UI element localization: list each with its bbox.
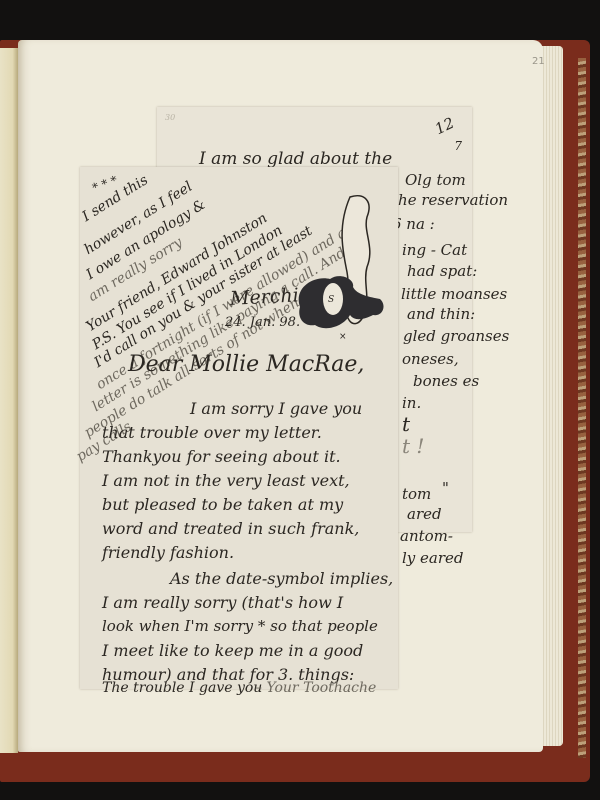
back-line: ly eared	[402, 549, 464, 567]
svg-text:×: ×	[339, 332, 347, 342]
salutation: Dear Mollie MacRae,	[128, 352, 364, 377]
body-line: – Your Toothache	[255, 680, 376, 696]
marbled-edge	[578, 58, 586, 758]
back-letter-faint-number: 30	[165, 113, 175, 122]
back-line: little moanses	[401, 285, 507, 303]
body-line: look when I'm sorry * so that people	[102, 617, 378, 635]
left-page-edge	[0, 48, 18, 753]
body-line: I am really sorry (that's how I	[102, 593, 343, 612]
back-line: Olg tom	[405, 171, 466, 189]
back-line: bones es	[413, 372, 479, 390]
svg-text:S: S	[328, 295, 334, 305]
letter-date: 24. Jan. 98.	[225, 315, 300, 330]
body-line: word and treated in such frank,	[102, 519, 359, 538]
back-line: the reservation	[392, 191, 508, 209]
back-line: ared	[407, 505, 442, 523]
body-line: The trouble I gave you	[102, 680, 262, 696]
body-line: Thankyou for seeing about it.	[102, 447, 341, 466]
back-line: t !	[402, 434, 424, 458]
back-line: oneses,	[402, 350, 459, 368]
front-letter: * * * I send this however, as I feel I o…	[80, 167, 398, 689]
back-line: and thin:	[407, 305, 475, 323]
body-line: I meet like to keep me in a good	[102, 641, 363, 660]
back-line: gled groanses	[403, 327, 509, 345]
back-letter-sub-number: 7	[454, 139, 462, 153]
face-illustration-icon: S ×	[295, 187, 395, 342]
back-line: t	[402, 412, 410, 436]
back-line: had spat:	[407, 262, 477, 280]
body-line: but pleased to be taken at my	[102, 495, 343, 514]
back-line: in.	[402, 394, 421, 412]
body-line: friendly fashion.	[102, 543, 234, 562]
back-line: antom-	[400, 527, 453, 545]
body-line: that trouble over my letter.	[102, 423, 322, 442]
back-line: I am so glad about the	[199, 149, 392, 169]
body-line: As the date-symbol implies,	[170, 569, 393, 588]
folio-number: 21	[532, 56, 545, 67]
back-line: ing - Cat	[402, 241, 467, 259]
body-line: I am sorry I gave you	[190, 399, 362, 418]
back-line: tom	[402, 485, 431, 503]
body-line: I am not in the very least vext,	[102, 471, 350, 490]
back-line: "	[442, 479, 449, 497]
back-line: 6 na :	[392, 215, 435, 233]
back-letter-page-number: 12	[432, 114, 457, 138]
